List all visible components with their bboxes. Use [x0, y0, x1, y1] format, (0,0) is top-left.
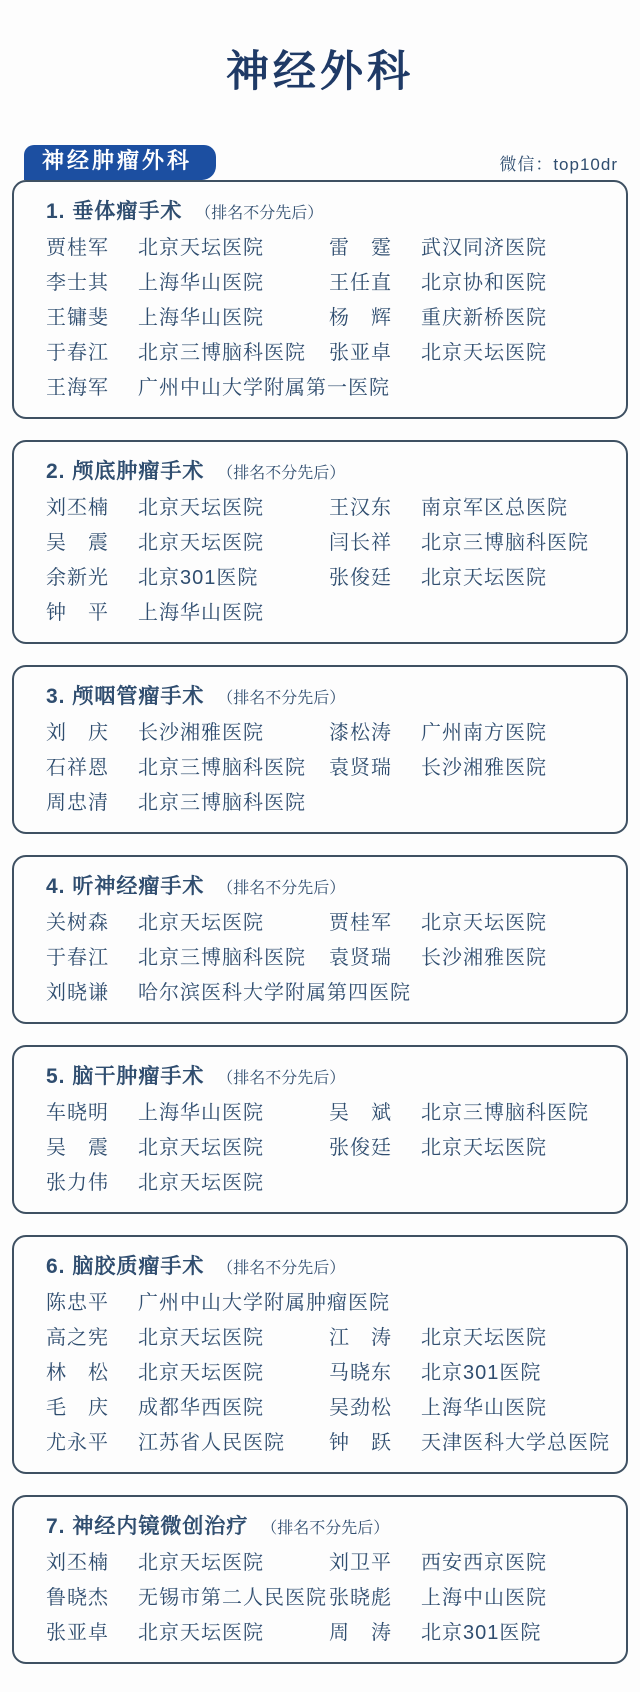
- doctor-entry-left: 余新光 北京301医院: [46, 567, 329, 590]
- hospital-name: 北京三博脑科医院: [421, 532, 589, 555]
- doctor-name: 张晓彪: [329, 1587, 421, 1610]
- doctor-name: 张俊廷: [329, 1137, 421, 1160]
- doctor-entry-left: 陈忠平 广州中山大学附属肿瘤医院: [46, 1292, 612, 1315]
- doctor-row: 王海军 广州中山大学附属第一医院: [46, 377, 612, 400]
- doctor-name: 王任直: [329, 272, 421, 295]
- section-header: 5. 脑干肿瘤手术 （排名不分先后）: [46, 1060, 612, 1090]
- doctor-entry-left: 林 松 北京天坛医院: [46, 1362, 329, 1385]
- sections-container: 1. 垂体瘤手术 （排名不分先后） 贾桂军 北京天坛医院 雷 霆 武汉同济医院 …: [12, 180, 628, 1664]
- doctor-name: 石祥恩: [46, 757, 138, 780]
- wechat-handle: 微信：top10dr: [499, 150, 618, 180]
- hospital-name: 上海华山医院: [138, 602, 264, 625]
- section-title: 6. 脑胶质瘤手术: [46, 1255, 204, 1278]
- doctor-name: 吴 震: [46, 532, 138, 555]
- hospital-name: 北京三博脑科医院: [421, 1102, 589, 1125]
- section-header: 6. 脑胶质瘤手术 （排名不分先后）: [46, 1250, 612, 1280]
- hospital-name: 重庆新桥医院: [421, 307, 547, 330]
- doctor-name: 刘晓谦: [46, 982, 138, 1005]
- hospital-name: 北京三博脑科医院: [138, 342, 306, 365]
- doctor-name: 张亚卓: [329, 342, 421, 365]
- doctor-row: 车晓明 上海华山医院 吴 斌 北京三博脑科医院: [46, 1102, 612, 1125]
- doctor-name: 闫长祥: [329, 532, 421, 555]
- doctor-entry-left: 鲁晓杰 无锡市第二人民医院: [46, 1587, 329, 1610]
- doctor-entry-left: 吴 震 北京天坛医院: [46, 532, 329, 555]
- hospital-name: 哈尔滨医科大学附属第四医院: [138, 982, 411, 1005]
- doctor-name: 袁贤瑞: [329, 757, 421, 780]
- doctor-entry-right: 杨 辉 重庆新桥医院: [329, 307, 612, 330]
- section-title: 4. 听神经瘤手术: [46, 875, 204, 898]
- doctor-name: 钟 平: [46, 602, 138, 625]
- doctor-row: 关树森 北京天坛医院 贾桂军 北京天坛医院: [46, 912, 612, 935]
- doctor-entry-right: 吴 斌 北京三博脑科医院: [329, 1102, 612, 1125]
- doctor-entry-left: 王镛斐 上海华山医院: [46, 307, 329, 330]
- hospital-name: 上海华山医院: [138, 272, 264, 295]
- hospital-name: 长沙湘雅医院: [421, 947, 547, 970]
- hospital-name: 北京三博脑科医院: [138, 792, 306, 815]
- doctor-name: 毛 庆: [46, 1397, 138, 1420]
- doctor-entry-left: 刘丕楠 北京天坛医院: [46, 1552, 329, 1575]
- hospital-name: 天津医科大学总医院: [421, 1432, 610, 1455]
- hospital-name: 西安西京医院: [421, 1552, 547, 1575]
- doctor-entry-left: 吴 震 北京天坛医院: [46, 1137, 329, 1160]
- section-rows: 车晓明 上海华山医院 吴 斌 北京三博脑科医院 吴 震 北京天坛医院 张俊廷 北…: [46, 1102, 612, 1195]
- doctor-entry-right: 袁贤瑞 长沙湘雅医院: [329, 947, 612, 970]
- doctor-row: 张亚卓 北京天坛医院 周 涛 北京301医院: [46, 1622, 612, 1645]
- hospital-name: 北京301医院: [421, 1622, 541, 1645]
- hospital-name: 北京天坛医院: [138, 532, 264, 555]
- doctor-name: 于春江: [46, 342, 138, 365]
- doctor-entry-right: 雷 霆 武汉同济医院: [329, 237, 612, 260]
- hospital-name: 无锡市第二人民医院: [138, 1587, 327, 1610]
- hospital-name: 上海华山医院: [138, 307, 264, 330]
- hospital-name: 上海中山医院: [421, 1587, 547, 1610]
- doctor-name: 贾桂军: [46, 237, 138, 260]
- doctor-name: 吴 震: [46, 1137, 138, 1160]
- doctor-name: 刘丕楠: [46, 1552, 138, 1575]
- doctor-entry-right: 张晓彪 上海中山医院: [329, 1587, 612, 1610]
- doctor-entry-right: 王任直 北京协和医院: [329, 272, 612, 295]
- doctor-row: 高之宪 北京天坛医院 江 涛 北京天坛医院: [46, 1327, 612, 1350]
- section-title: 1. 垂体瘤手术: [46, 200, 182, 223]
- doctor-name: 高之宪: [46, 1327, 138, 1350]
- doctor-row: 鲁晓杰 无锡市第二人民医院 张晓彪 上海中山医院: [46, 1587, 612, 1610]
- doctor-entry-right: 吴劲松 上海华山医院: [329, 1397, 612, 1420]
- doctor-entry-left: 周忠清 北京三博脑科医院: [46, 792, 612, 815]
- doctor-entry-right: 王汉东 南京军区总医院: [329, 497, 612, 520]
- hospital-name: 江苏省人民医院: [138, 1432, 285, 1455]
- hospital-name: 北京天坛医院: [138, 1327, 264, 1350]
- doctor-row: 吴 震 北京天坛医院 闫长祥 北京三博脑科医院: [46, 532, 612, 555]
- hospital-name: 北京天坛医院: [138, 1552, 264, 1575]
- doctor-name: 于春江: [46, 947, 138, 970]
- doctor-name: 周忠清: [46, 792, 138, 815]
- section-title: 3. 颅咽管瘤手术: [46, 685, 204, 708]
- hospital-name: 北京天坛医院: [138, 1137, 264, 1160]
- section-card: 2. 颅底肿瘤手术 （排名不分先后） 刘丕楠 北京天坛医院 王汉东 南京军区总医…: [12, 440, 628, 644]
- category-tab: 神经肿瘤外科: [24, 145, 216, 180]
- doctor-entry-left: 石祥恩 北京三博脑科医院: [46, 757, 329, 780]
- doctor-name: 漆松涛: [329, 722, 421, 745]
- doctor-entry-right: 钟 跃 天津医科大学总医院: [329, 1432, 612, 1455]
- hospital-name: 上海华山医院: [138, 1102, 264, 1125]
- section-card: 4. 听神经瘤手术 （排名不分先后） 关树森 北京天坛医院 贾桂军 北京天坛医院…: [12, 855, 628, 1024]
- hospital-name: 武汉同济医院: [421, 237, 547, 260]
- doctor-entry-right: 闫长祥 北京三博脑科医院: [329, 532, 612, 555]
- doctor-name: 尤永平: [46, 1432, 138, 1455]
- doctor-name: 林 松: [46, 1362, 138, 1385]
- section-card: 1. 垂体瘤手术 （排名不分先后） 贾桂军 北京天坛医院 雷 霆 武汉同济医院 …: [12, 180, 628, 419]
- doctor-row: 贾桂军 北京天坛医院 雷 霆 武汉同济医院: [46, 237, 612, 260]
- doctor-name: 刘丕楠: [46, 497, 138, 520]
- section-note: （排名不分先后）: [217, 465, 345, 482]
- doctor-name: 刘卫平: [329, 1552, 421, 1575]
- section-rows: 贾桂军 北京天坛医院 雷 霆 武汉同济医院 李士其 上海华山医院 王任直 北京协…: [46, 237, 612, 400]
- doctor-name: 马晓东: [329, 1362, 421, 1385]
- doctor-row: 陈忠平 广州中山大学附属肿瘤医院: [46, 1292, 612, 1315]
- hospital-name: 北京301医院: [421, 1362, 541, 1385]
- hospital-name: 长沙湘雅医院: [138, 722, 264, 745]
- doctor-row: 王镛斐 上海华山医院 杨 辉 重庆新桥医院: [46, 307, 612, 330]
- doctor-name: 张亚卓: [46, 1622, 138, 1645]
- doctor-name: 杨 辉: [329, 307, 421, 330]
- doctor-row: 李士其 上海华山医院 王任直 北京协和医院: [46, 272, 612, 295]
- doctor-row: 钟 平 上海华山医院: [46, 602, 612, 625]
- section-header: 3. 颅咽管瘤手术 （排名不分先后）: [46, 680, 612, 710]
- hospital-name: 北京天坛医院: [138, 497, 264, 520]
- doctor-entry-right: 周 涛 北京301医院: [329, 1622, 612, 1645]
- hospital-name: 北京天坛医院: [421, 1327, 547, 1350]
- doctor-entry-right: 刘卫平 西安西京医院: [329, 1552, 612, 1575]
- hospital-name: 北京天坛医院: [421, 912, 547, 935]
- doctor-entry-right: 贾桂军 北京天坛医院: [329, 912, 612, 935]
- doctor-row: 尤永平 江苏省人民医院 钟 跃 天津医科大学总医院: [46, 1432, 612, 1455]
- doctor-entry-right: 漆松涛 广州南方医院: [329, 722, 612, 745]
- doctor-name: 钟 跃: [329, 1432, 421, 1455]
- doctor-name: 王海军: [46, 377, 138, 400]
- page-title: 神经外科: [0, 0, 640, 99]
- doctor-row: 于春江 北京三博脑科医院 张亚卓 北京天坛医院: [46, 342, 612, 365]
- doctor-name: 余新光: [46, 567, 138, 590]
- doctor-entry-left: 刘 庆 长沙湘雅医院: [46, 722, 329, 745]
- section-title: 7. 神经内镜微创治疗: [46, 1515, 248, 1538]
- doctor-name: 关树森: [46, 912, 138, 935]
- tab-row: 神经肿瘤外科 微信：top10dr: [24, 145, 618, 180]
- section-note: （排名不分先后）: [217, 1260, 345, 1277]
- doctor-entry-right: 马晓东 北京301医院: [329, 1362, 612, 1385]
- section-note: （排名不分先后）: [217, 1070, 345, 1087]
- section-title: 5. 脑干肿瘤手术: [46, 1065, 204, 1088]
- doctor-entry-left: 尤永平 江苏省人民医院: [46, 1432, 329, 1455]
- doctor-name: 雷 霆: [329, 237, 421, 260]
- doctor-entry-left: 张亚卓 北京天坛医院: [46, 1622, 329, 1645]
- doctor-name: 王汉东: [329, 497, 421, 520]
- section-card: 6. 脑胶质瘤手术 （排名不分先后） 陈忠平 广州中山大学附属肿瘤医院 高之宪 …: [12, 1235, 628, 1474]
- hospital-name: 北京天坛医院: [138, 1622, 264, 1645]
- doctor-entry-right: 张亚卓 北京天坛医院: [329, 342, 612, 365]
- doctor-row: 吴 震 北京天坛医院 张俊廷 北京天坛医院: [46, 1137, 612, 1160]
- hospital-name: 北京天坛医院: [138, 237, 264, 260]
- doctor-entry-right: 江 涛 北京天坛医院: [329, 1327, 612, 1350]
- doctor-entry-left: 车晓明 上海华山医院: [46, 1102, 329, 1125]
- hospital-name: 北京三博脑科医院: [138, 947, 306, 970]
- doctor-row: 石祥恩 北京三博脑科医院 袁贤瑞 长沙湘雅医院: [46, 757, 612, 780]
- doctor-name: 王镛斐: [46, 307, 138, 330]
- doctor-entry-right: 张俊廷 北京天坛医院: [329, 567, 612, 590]
- hospital-name: 广州中山大学附属肿瘤医院: [138, 1292, 390, 1315]
- doctor-row: 林 松 北京天坛医院 马晓东 北京301医院: [46, 1362, 612, 1385]
- hospital-name: 北京天坛医院: [138, 1172, 264, 1195]
- doctor-name: 吴劲松: [329, 1397, 421, 1420]
- doctor-entry-right: 张俊廷 北京天坛医院: [329, 1137, 612, 1160]
- section-header: 4. 听神经瘤手术 （排名不分先后）: [46, 870, 612, 900]
- section-rows: 刘 庆 长沙湘雅医院 漆松涛 广州南方医院 石祥恩 北京三博脑科医院 袁贤瑞 长…: [46, 722, 612, 815]
- hospital-name: 北京协和医院: [421, 272, 547, 295]
- doctor-name: 贾桂军: [329, 912, 421, 935]
- section-card: 5. 脑干肿瘤手术 （排名不分先后） 车晓明 上海华山医院 吴 斌 北京三博脑科…: [12, 1045, 628, 1214]
- doctor-entry-right: 袁贤瑞 长沙湘雅医院: [329, 757, 612, 780]
- section-header: 1. 垂体瘤手术 （排名不分先后）: [46, 195, 612, 225]
- section-rows: 关树森 北京天坛医院 贾桂军 北京天坛医院 于春江 北京三博脑科医院 袁贤瑞 长…: [46, 912, 612, 1005]
- doctor-row: 刘丕楠 北京天坛医院 王汉东 南京军区总医院: [46, 497, 612, 520]
- hospital-name: 北京三博脑科医院: [138, 757, 306, 780]
- hospital-name: 北京天坛医院: [421, 567, 547, 590]
- doctor-name: 江 涛: [329, 1327, 421, 1350]
- doctor-row: 张力伟 北京天坛医院: [46, 1172, 612, 1195]
- doctor-name: 张力伟: [46, 1172, 138, 1195]
- doctor-row: 刘晓谦 哈尔滨医科大学附属第四医院: [46, 982, 612, 1005]
- doctor-entry-left: 高之宪 北京天坛医院: [46, 1327, 329, 1350]
- doctor-entry-left: 钟 平 上海华山医院: [46, 602, 612, 625]
- section-rows: 刘丕楠 北京天坛医院 刘卫平 西安西京医院 鲁晓杰 无锡市第二人民医院 张晓彪 …: [46, 1552, 612, 1645]
- doctor-name: 李士其: [46, 272, 138, 295]
- section-title: 2. 颅底肿瘤手术: [46, 460, 204, 483]
- hospital-name: 北京天坛医院: [421, 342, 547, 365]
- doctor-entry-left: 李士其 上海华山医院: [46, 272, 329, 295]
- doctor-name: 刘 庆: [46, 722, 138, 745]
- hospital-name: 北京301医院: [138, 567, 258, 590]
- doctor-name: 陈忠平: [46, 1292, 138, 1315]
- doctor-name: 吴 斌: [329, 1102, 421, 1125]
- doctor-entry-left: 关树森 北京天坛医院: [46, 912, 329, 935]
- doctor-row: 刘 庆 长沙湘雅医院 漆松涛 广州南方医院: [46, 722, 612, 745]
- doctor-entry-left: 毛 庆 成都华西医院: [46, 1397, 329, 1420]
- hospital-name: 上海华山医院: [421, 1397, 547, 1420]
- hospital-name: 北京天坛医院: [138, 1362, 264, 1385]
- section-note: （排名不分先后）: [217, 880, 345, 897]
- hospital-name: 北京天坛医院: [138, 912, 264, 935]
- doctor-row: 刘丕楠 北京天坛医院 刘卫平 西安西京医院: [46, 1552, 612, 1575]
- section-card: 7. 神经内镜微创治疗 （排名不分先后） 刘丕楠 北京天坛医院 刘卫平 西安西京…: [12, 1495, 628, 1664]
- doctor-entry-left: 贾桂军 北京天坛医院: [46, 237, 329, 260]
- hospital-name: 南京军区总医院: [421, 497, 568, 520]
- section-header: 7. 神经内镜微创治疗 （排名不分先后）: [46, 1510, 612, 1540]
- section-note: （排名不分先后）: [195, 205, 323, 222]
- doctor-row: 毛 庆 成都华西医院 吴劲松 上海华山医院: [46, 1397, 612, 1420]
- page: 神经外科 神经肿瘤外科 微信：top10dr 1. 垂体瘤手术 （排名不分先后）…: [0, 0, 640, 1692]
- doctor-name: 周 涛: [329, 1622, 421, 1645]
- hospital-name: 广州中山大学附属第一医院: [138, 377, 390, 400]
- doctor-name: 袁贤瑞: [329, 947, 421, 970]
- hospital-name: 北京天坛医院: [421, 1137, 547, 1160]
- doctor-entry-left: 王海军 广州中山大学附属第一医院: [46, 377, 612, 400]
- section-header: 2. 颅底肿瘤手术 （排名不分先后）: [46, 455, 612, 485]
- doctor-entry-left: 刘晓谦 哈尔滨医科大学附属第四医院: [46, 982, 612, 1005]
- hospital-name: 成都华西医院: [138, 1397, 264, 1420]
- section-card: 3. 颅咽管瘤手术 （排名不分先后） 刘 庆 长沙湘雅医院 漆松涛 广州南方医院…: [12, 665, 628, 834]
- doctor-row: 于春江 北京三博脑科医院 袁贤瑞 长沙湘雅医院: [46, 947, 612, 970]
- doctor-entry-left: 刘丕楠 北京天坛医院: [46, 497, 329, 520]
- doctor-name: 车晓明: [46, 1102, 138, 1125]
- doctor-row: 余新光 北京301医院 张俊廷 北京天坛医院: [46, 567, 612, 590]
- section-rows: 刘丕楠 北京天坛医院 王汉东 南京军区总医院 吴 震 北京天坛医院 闫长祥 北京…: [46, 497, 612, 625]
- doctor-entry-left: 于春江 北京三博脑科医院: [46, 947, 329, 970]
- doctor-entry-left: 于春江 北京三博脑科医院: [46, 342, 329, 365]
- doctor-name: 鲁晓杰: [46, 1587, 138, 1610]
- section-rows: 陈忠平 广州中山大学附属肿瘤医院 高之宪 北京天坛医院 江 涛 北京天坛医院 林…: [46, 1292, 612, 1455]
- section-note: （排名不分先后）: [217, 690, 345, 707]
- hospital-name: 长沙湘雅医院: [421, 757, 547, 780]
- section-note: （排名不分先后）: [261, 1520, 389, 1537]
- doctor-row: 周忠清 北京三博脑科医院: [46, 792, 612, 815]
- doctor-entry-left: 张力伟 北京天坛医院: [46, 1172, 612, 1195]
- hospital-name: 广州南方医院: [421, 722, 547, 745]
- doctor-name: 张俊廷: [329, 567, 421, 590]
